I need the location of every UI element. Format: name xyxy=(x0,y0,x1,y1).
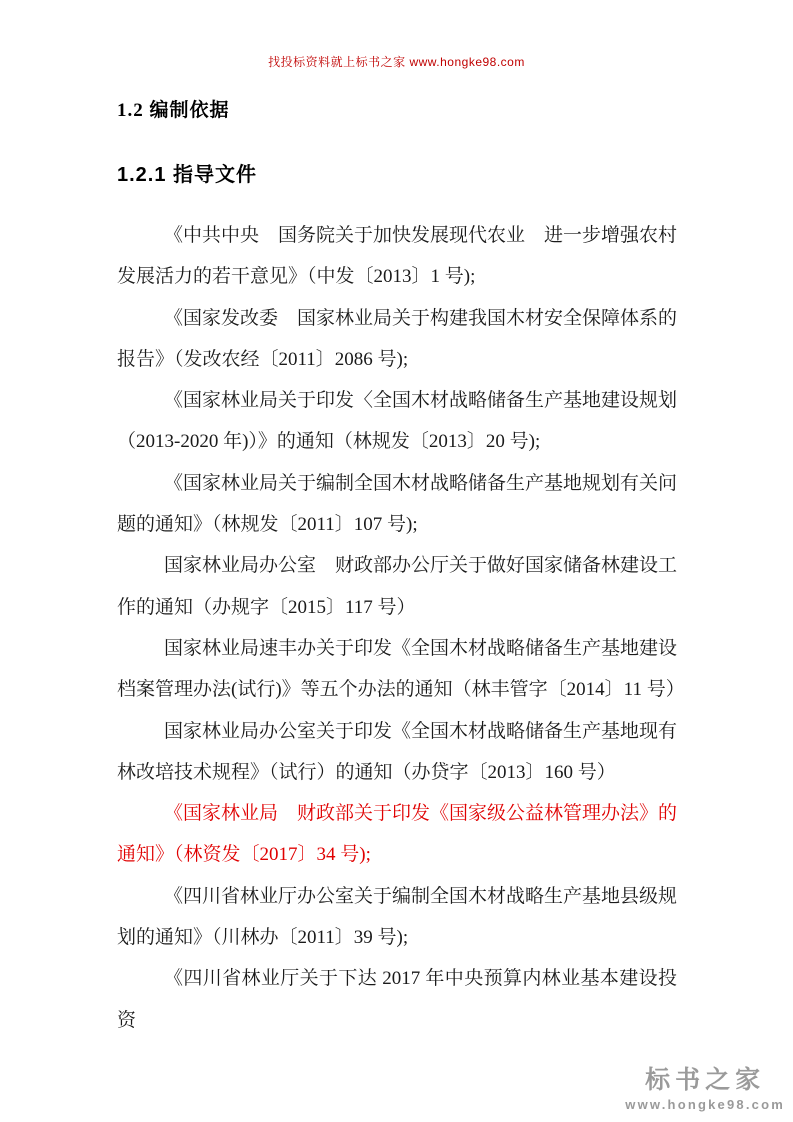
document-content: 1.2 编制依据 1.2.1 指导文件 《中共中央 国务院关于加快发展现代农业 … xyxy=(117,98,677,1041)
section-heading: 1.2 编制依据 xyxy=(117,98,677,124)
brand-url: www.hongke98.com xyxy=(625,1097,785,1112)
body-paragraph: 《四川省林业厅办公室关于编制全国木材战略生产基地县级规划的通知》（川林办〔201… xyxy=(117,876,677,959)
site-header-watermark: 找投标资料就上标书之家 www.hongke98.com xyxy=(0,53,793,70)
subsection-heading: 1.2.1 指导文件 xyxy=(117,162,677,188)
body-paragraph: 《四川省林业厅关于下达 2017 年中央预算内林业基本建设投资 xyxy=(117,958,677,1041)
footer-brand-watermark: 标书之家 www.hongke98.com xyxy=(625,1067,785,1112)
body-paragraph: 《国家林业局关于印发〈全国木材战略储备生产基地建设规划（2013-2020 年)… xyxy=(117,380,677,463)
body-paragraph: 《中共中央 国务院关于加快发展现代农业 进一步增强农村发展活力的若干意见》（中发… xyxy=(117,215,677,298)
body-paragraph: 国家林业局办公室关于印发《全国木材战略储备生产基地现有林改培技术规程》（试行）的… xyxy=(117,711,677,794)
document-page: 找投标资料就上标书之家 www.hongke98.com 1.2 编制依据 1.… xyxy=(0,0,793,1122)
body-paragraph: 国家林业局办公室 财政部办公厅关于做好国家储备林建设工作的通知（办规字〔2015… xyxy=(117,545,677,628)
body-paragraph: 《国家林业局关于编制全国木材战略储备生产基地规划有关问题的通知》（林规发〔201… xyxy=(117,463,677,546)
body-paragraph: 国家林业局速丰办关于印发《全国木材战略储备生产基地建设档案管理办法(试行)》等五… xyxy=(117,628,677,711)
body-paragraphs: 《中共中央 国务院关于加快发展现代农业 进一步增强农村发展活力的若干意见》（中发… xyxy=(117,215,677,1041)
brand-logo-text: 标书之家 xyxy=(625,1067,785,1093)
body-paragraph: 《国家发改委 国家林业局关于构建我国木材安全保障体系的报告》（发改农经〔2011… xyxy=(117,298,677,381)
body-paragraph: 《国家林业局 财政部关于印发《国家级公益林管理办法》的通知》（林资发〔2017〕… xyxy=(117,793,677,876)
